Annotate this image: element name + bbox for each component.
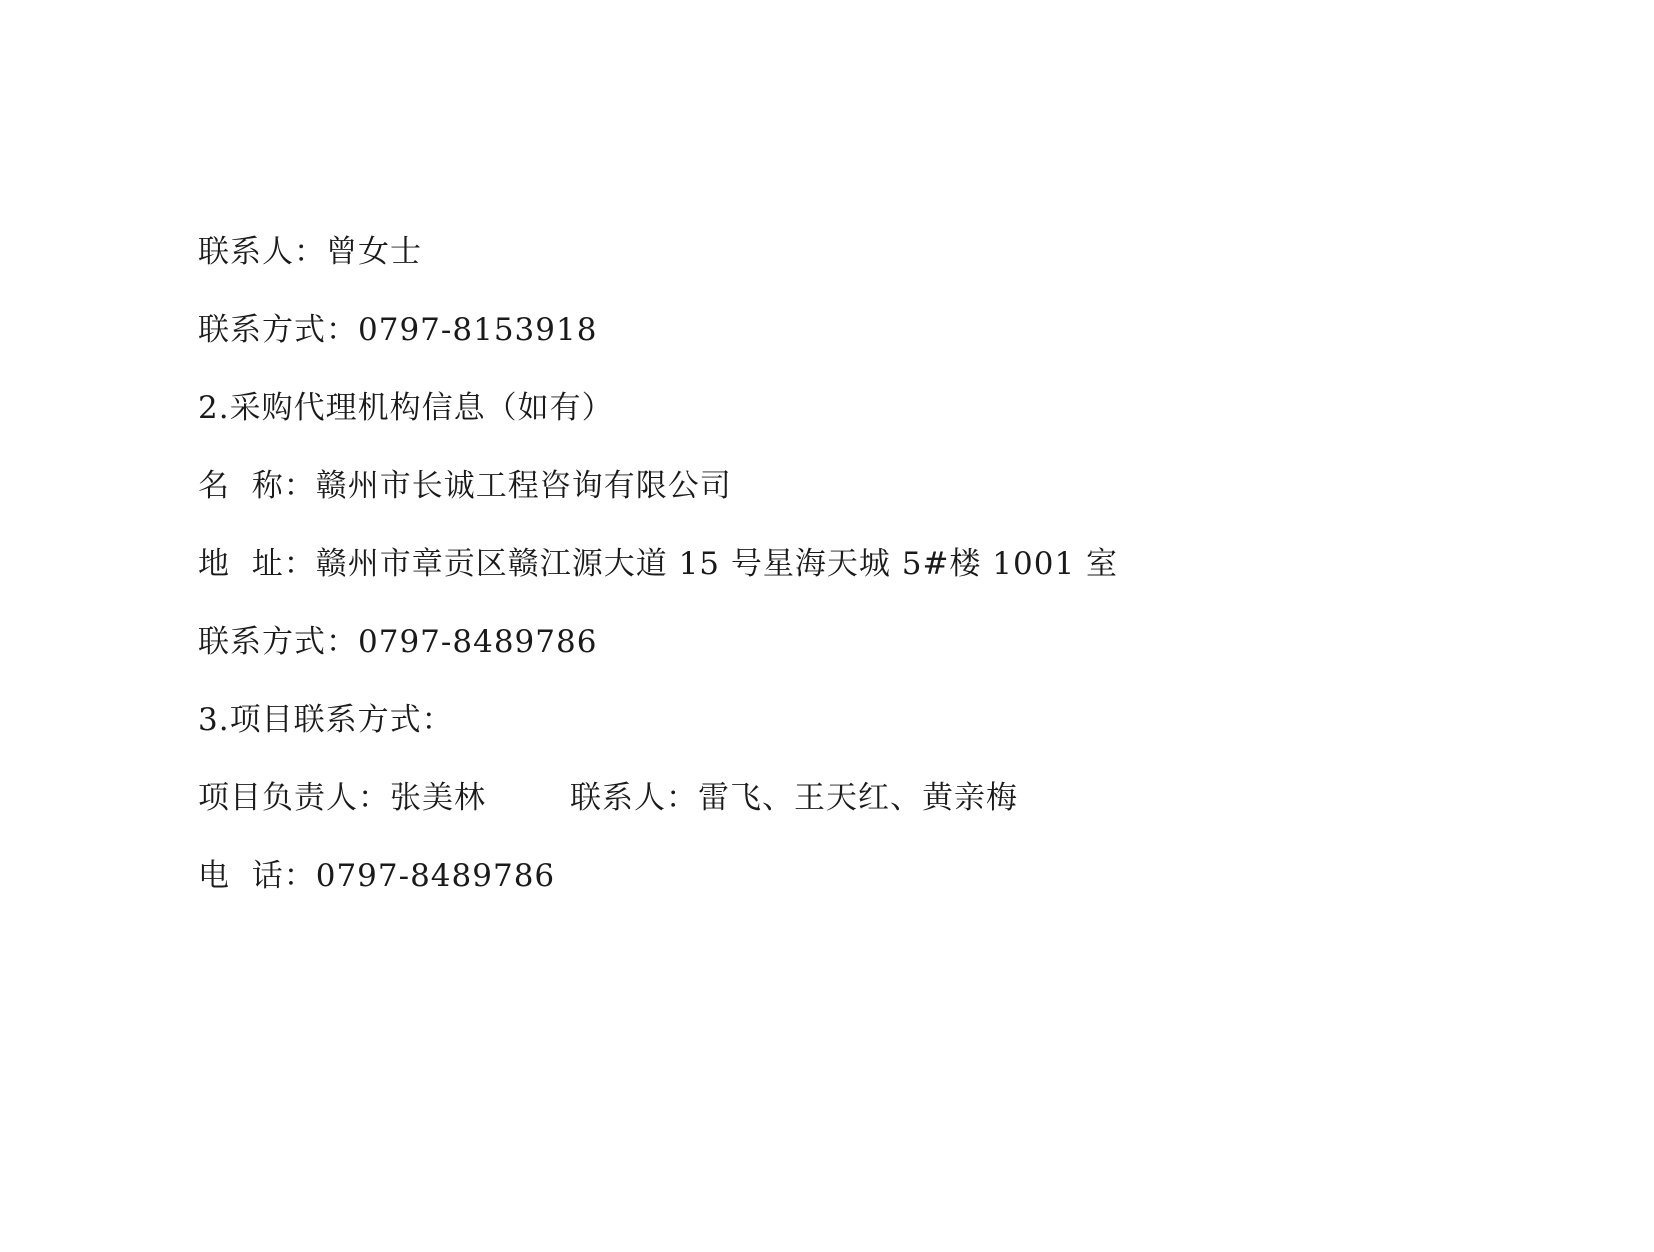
agency-address: 地 址：赣州市章贡区赣江源大道 15 号星海天城 5#楼 1001 室 xyxy=(198,544,1118,584)
field-label: 项目负责人： xyxy=(198,780,390,816)
field-value: 赣州市章贡区赣江源大道 15 号星海天城 5#楼 1001 室 xyxy=(316,546,1118,582)
field-label: 联系人： xyxy=(198,234,326,270)
field-value: 0797-8489786 xyxy=(358,624,597,660)
project-manager-and-contacts: 项目负责人：张美林联系人：雷飞、王天红、黄亲梅 xyxy=(198,778,1018,818)
field-label: 电 话： xyxy=(198,858,316,894)
field-label: 联系方式： xyxy=(198,312,358,348)
field-label: 联系方式： xyxy=(198,624,358,660)
purchaser-contact-phone: 联系方式：0797-8153918 xyxy=(198,310,597,350)
field-value: 曾女士 xyxy=(326,234,422,270)
purchaser-contact-person: 联系人：曾女士 xyxy=(198,232,422,272)
agency-name: 名 称：赣州市长诚工程咨询有限公司 xyxy=(198,466,732,506)
project-phone: 电 话：0797-8489786 xyxy=(198,856,555,896)
field-label: 地 址： xyxy=(198,546,316,582)
section-heading-project-contact: 3.项目联系方式： xyxy=(198,700,454,740)
section-heading-agency: 2.采购代理机构信息（如有） xyxy=(198,388,614,428)
field-value: 0797-8153918 xyxy=(358,312,597,348)
agency-phone: 联系方式：0797-8489786 xyxy=(198,622,597,662)
field-value: 张美林 xyxy=(390,780,486,816)
field-value: 雷飞、王天红、黄亲梅 xyxy=(698,780,1018,816)
field-value: 0797-8489786 xyxy=(316,858,555,894)
field-label: 名 称： xyxy=(198,468,316,504)
field-label: 联系人： xyxy=(570,780,698,816)
field-value: 赣州市长诚工程咨询有限公司 xyxy=(316,468,732,504)
